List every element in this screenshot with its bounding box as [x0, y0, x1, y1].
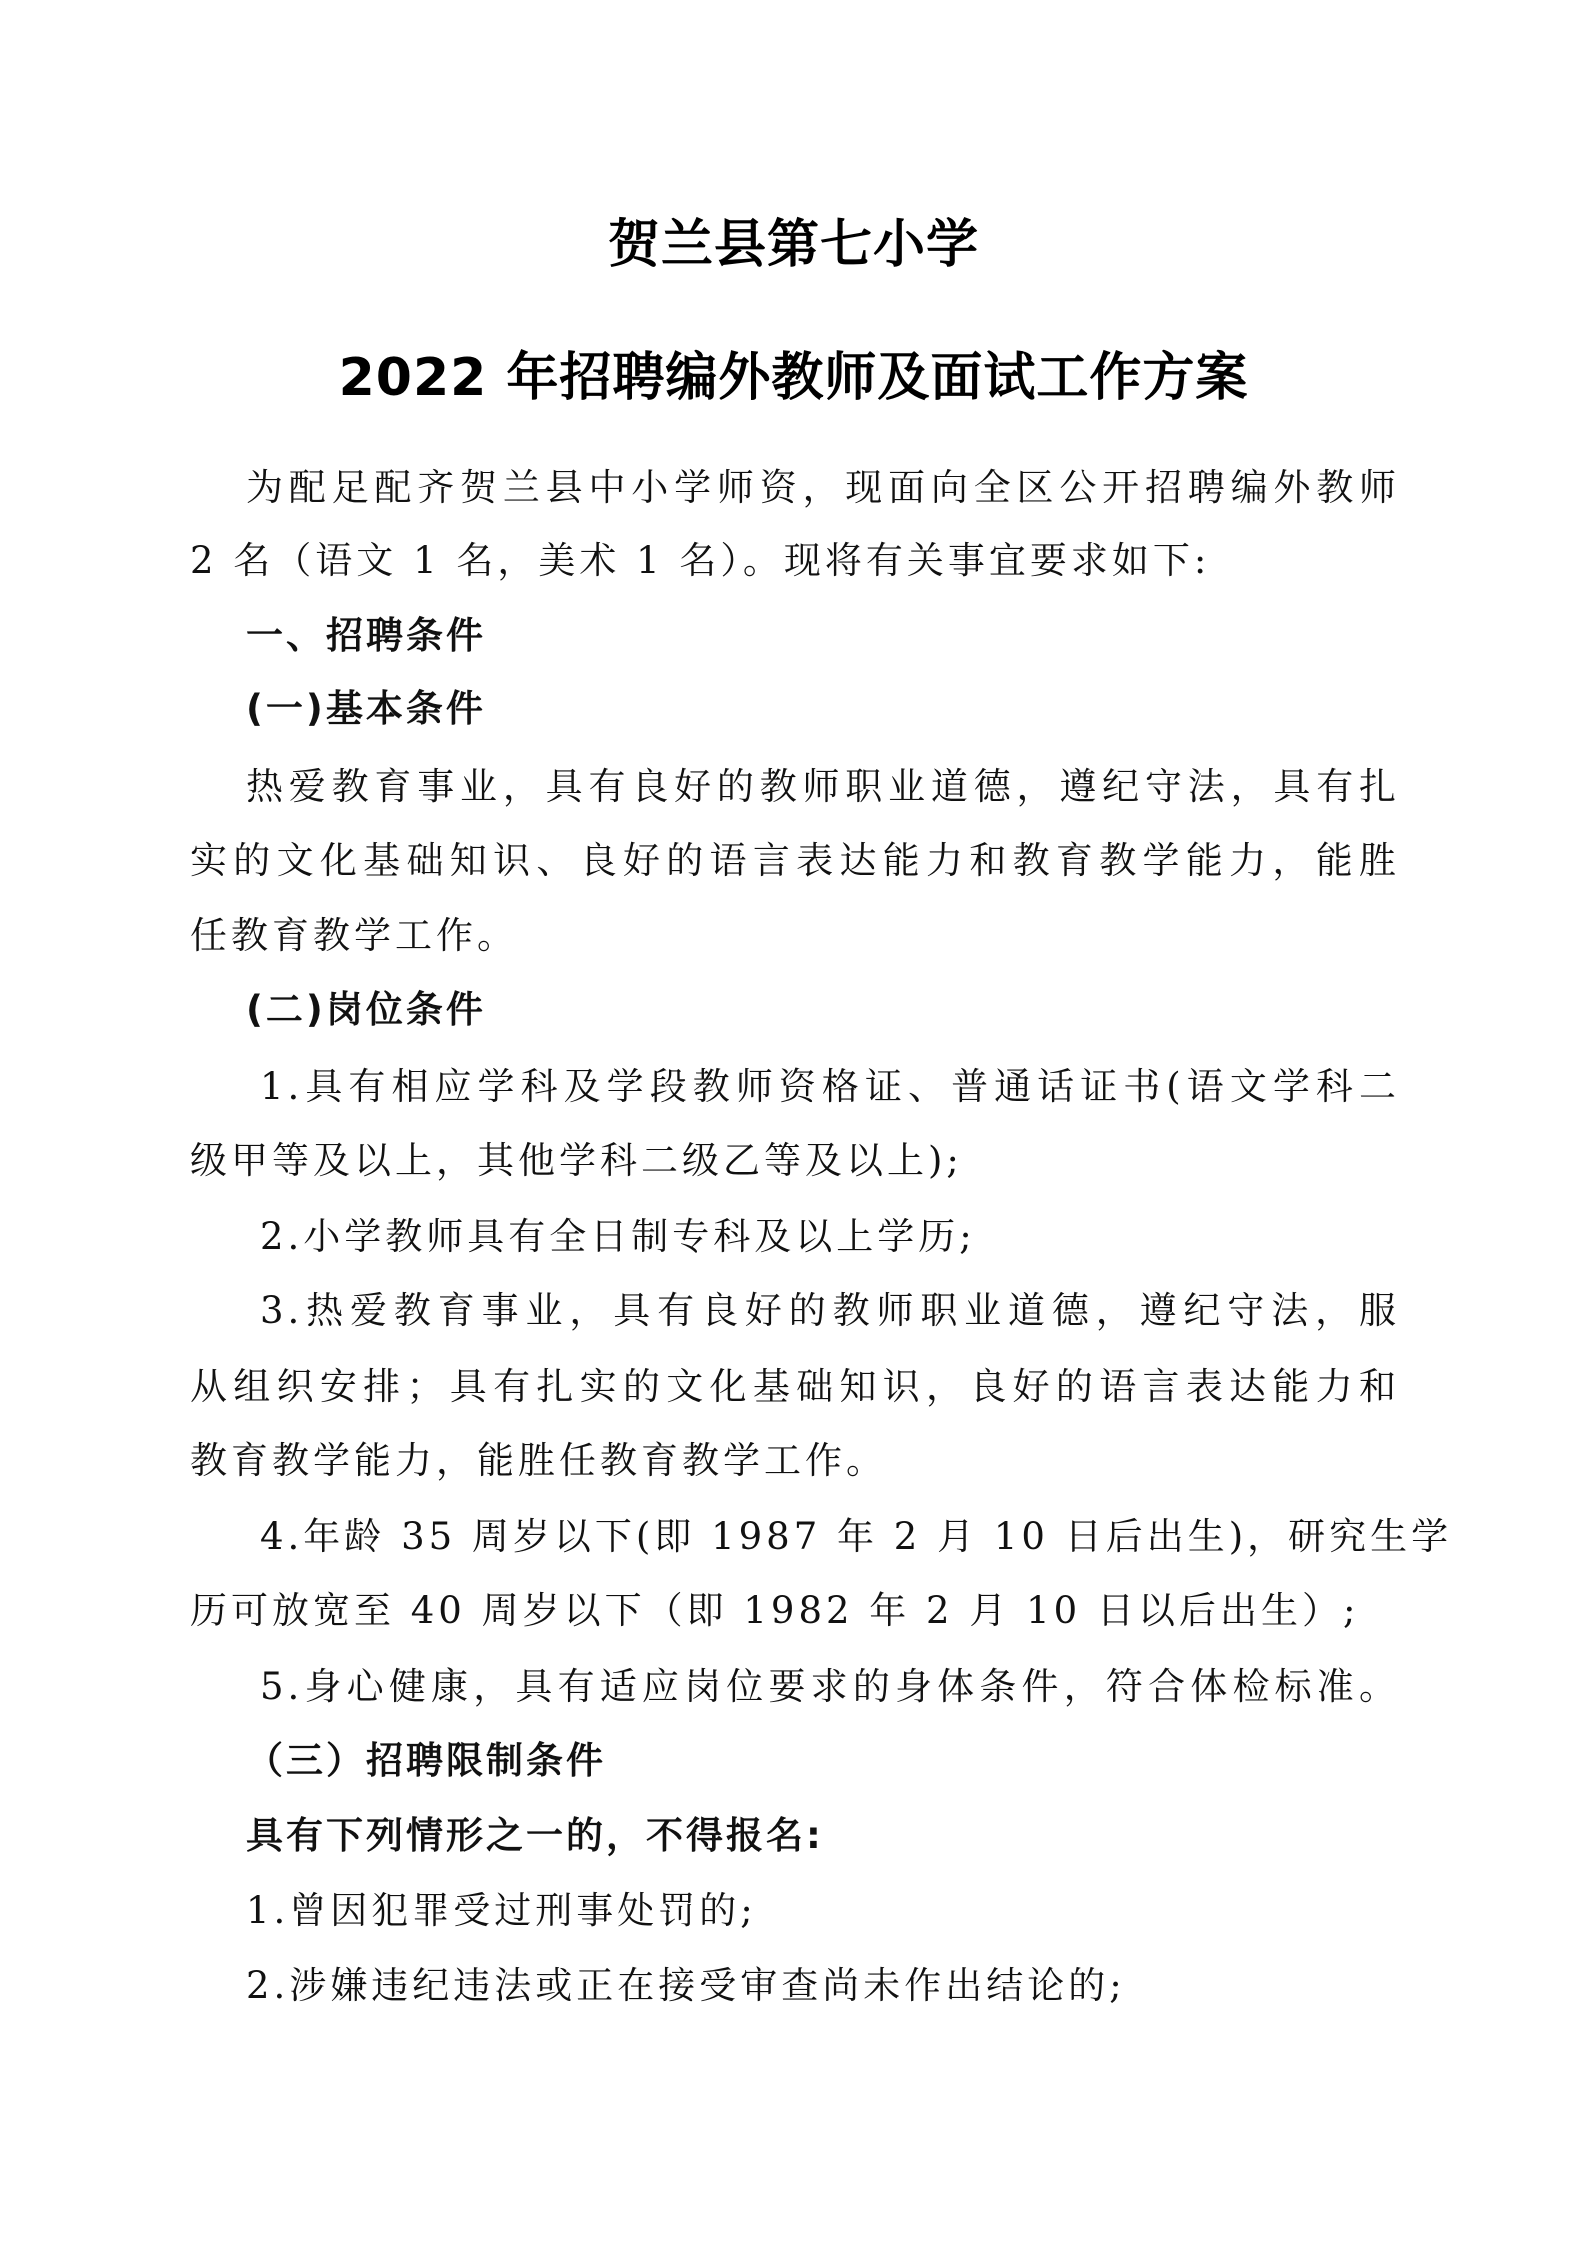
section-heading: (二)岗位条件 — [246, 985, 1400, 1035]
paragraph-line: 任教育教学工作。 — [190, 911, 1400, 961]
paragraph-line: 从组织安排；具有扎实的文化基础知识，良好的语言表达能力和 — [190, 1362, 1400, 1412]
paragraph-line: 3.热爱教育事业，具有良好的教师职业道德，遵纪守法，服 — [260, 1286, 1400, 1336]
document-title-plan: 2022 年招聘编外教师及面试工作方案 — [0, 345, 1587, 411]
paragraph-line: 教育教学能力，能胜任教育教学工作。 — [190, 1436, 1400, 1486]
section-heading: 具有下列情形之一的，不得报名: — [246, 1811, 1400, 1861]
paragraph-line: 2 名（语文 1 名，美术 1 名）。现将有关事宜要求如下: — [190, 536, 1400, 586]
paragraph-line: 历可放宽至 40 周岁以下（即 1982 年 2 月 10 日以后出生）; — [190, 1586, 1400, 1636]
paragraph-line: 2.涉嫌违纪违法或正在接受审查尚未作出结论的; — [246, 1961, 1400, 2011]
section-heading: （三）招聘限制条件 — [246, 1736, 1400, 1786]
paragraph-line: 1.曾因犯罪受过刑事处罚的; — [246, 1886, 1400, 1936]
paragraph-line: 2.小学教师具有全日制专科及以上学历; — [260, 1212, 1400, 1262]
paragraph-line: 5.身心健康，具有适应岗位要求的身体条件，符合体检标准。 — [260, 1662, 1400, 1712]
document-page: 贺兰县第七小学 2022 年招聘编外教师及面试工作方案 为配足配齐贺兰县中小学师… — [0, 0, 1587, 2245]
paragraph-line: 热爱教育事业，具有良好的教师职业道德，遵纪守法，具有扎 — [246, 762, 1400, 812]
document-title-school: 贺兰县第七小学 — [0, 212, 1587, 278]
paragraph-line: 1.具有相应学科及学段教师资格证、普通话证书(语文学科二 — [260, 1062, 1400, 1112]
paragraph-line: 实的文化基础知识、良好的语言表达能力和教育教学能力，能胜 — [190, 836, 1400, 886]
paragraph-line: 4.年龄 35 周岁以下(即 1987 年 2 月 10 日后出生)，研究生学 — [260, 1512, 1400, 1562]
section-heading: (一)基本条件 — [246, 684, 1400, 734]
paragraph-line: 级甲等及以上，其他学科二级乙等及以上); — [190, 1136, 1400, 1186]
paragraph-line: 为配足配齐贺兰县中小学师资，现面向全区公开招聘编外教师 — [246, 463, 1400, 513]
section-heading: 一、招聘条件 — [246, 611, 1400, 661]
